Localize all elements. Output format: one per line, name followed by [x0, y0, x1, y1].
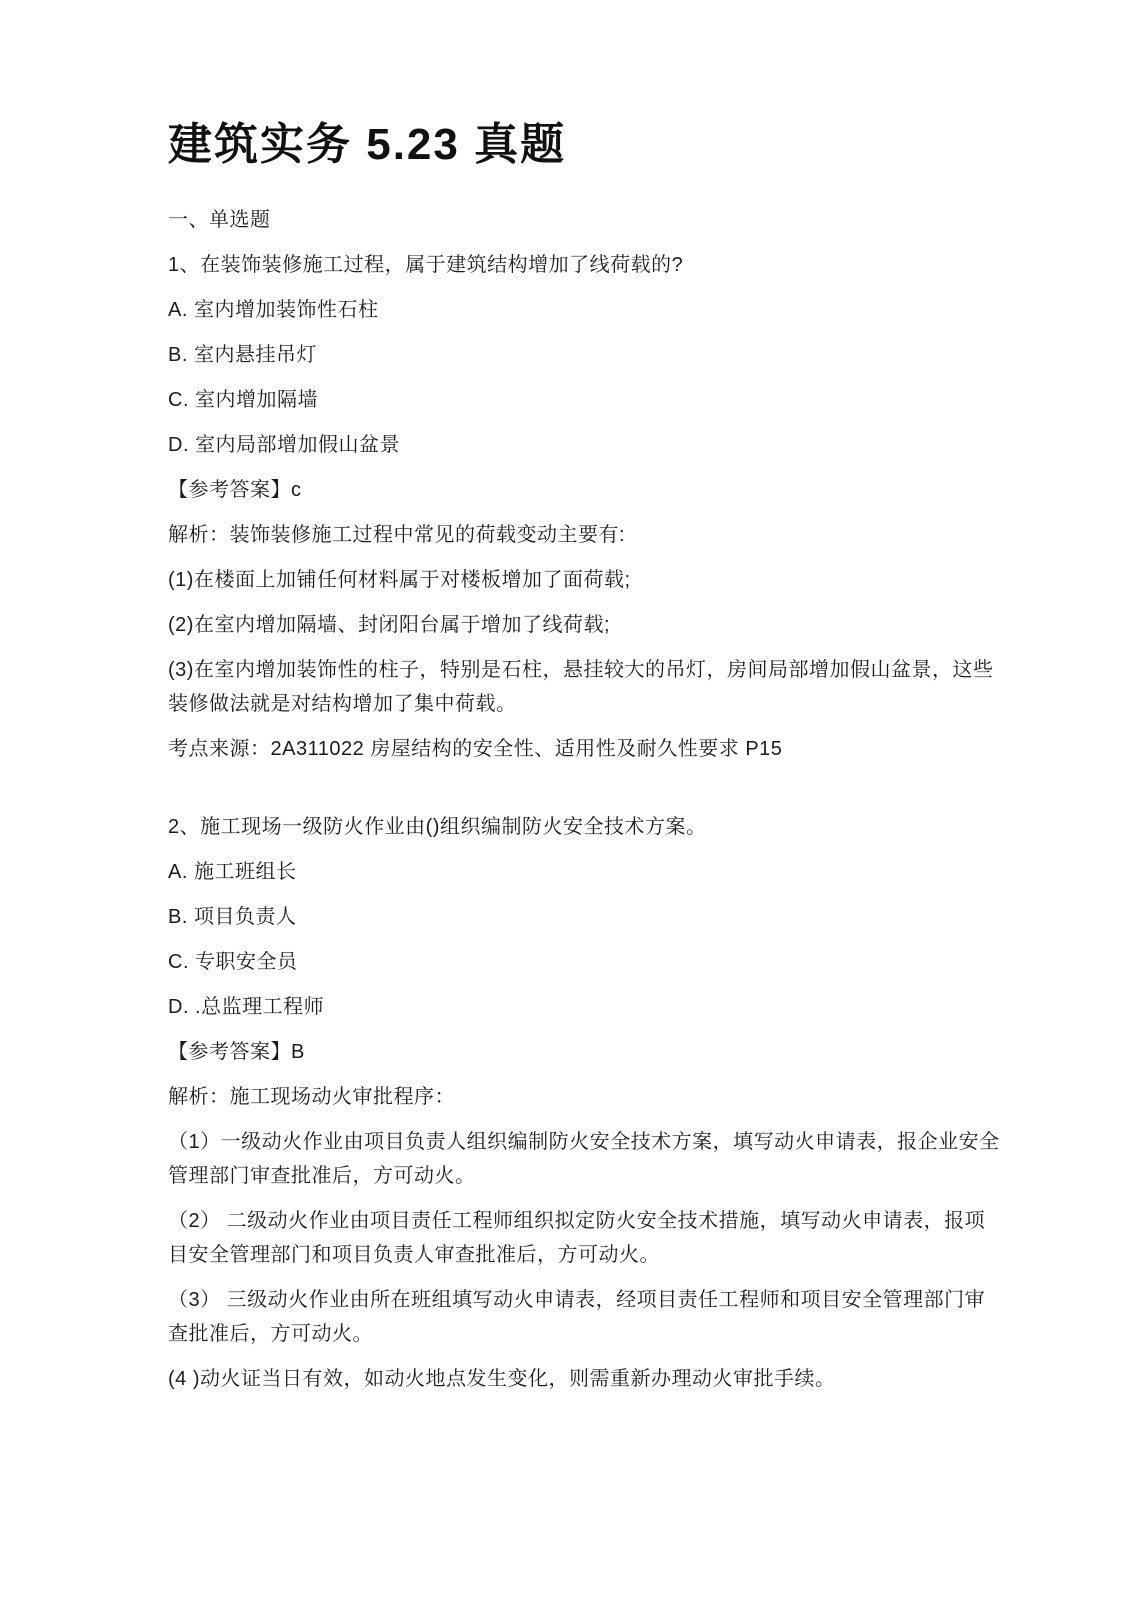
page-title: 建筑实务 5.23 真题	[168, 116, 1001, 173]
question-1: 1、在装饰装修施工过程，属于建筑结构增加了线荷载的? A. 室内增加装饰性石柱 …	[168, 248, 1001, 766]
question-1-explanation-point-1: (1)在楼面上加铺任何材料属于对楼板增加了面荷载;	[168, 563, 1001, 597]
question-2-stem: 2、施工现场一级防火作业由()组织编制防火安全技术方案。	[168, 810, 1001, 844]
question-1-explanation-point-3: (3)在室内增加装饰性的柱子，特别是石柱，悬挂较大的吊灯，房间局部增加假山盆景，…	[168, 653, 1001, 721]
question-2-explanation-point-1: （1）一级动火作业由项目负责人组织编制防火安全技术方案，填写动火申请表，报企业安…	[168, 1125, 1001, 1193]
question-1-option-c: C. 室内增加隔墙	[168, 383, 1001, 417]
question-1-option-a: A. 室内增加装饰性石柱	[168, 293, 1001, 327]
question-1-explanation-intro: 解析：装饰装修施工过程中常见的荷载变动主要有:	[168, 518, 1001, 552]
question-2-option-c: C. 专职安全员	[168, 945, 1001, 979]
question-1-source: 考点来源：2A311022 房屋结构的安全性、适用性及耐久性要求 P15	[168, 732, 1001, 766]
question-2-explanation-point-2: （2） 二级动火作业由项目责任工程师组织拟定防火安全技术措施，填写动火申请表，报…	[168, 1204, 1001, 1272]
question-2: 2、施工现场一级防火作业由()组织编制防火安全技术方案。 A. 施工班组长 B.…	[168, 810, 1001, 1396]
question-1-option-b: B. 室内悬挂吊灯	[168, 338, 1001, 372]
question-1-explanation-point-2: (2)在室内增加隔墙、封闭阳台属于增加了线荷载;	[168, 608, 1001, 642]
question-2-answer: 【参考答案】B	[168, 1035, 1001, 1069]
question-1-option-d: D. 室内局部增加假山盆景	[168, 428, 1001, 462]
question-2-option-b: B. 项目负责人	[168, 900, 1001, 934]
question-2-option-d: D. .总监理工程师	[168, 990, 1001, 1024]
question-1-stem: 1、在装饰装修施工过程，属于建筑结构增加了线荷载的?	[168, 248, 1001, 282]
question-2-option-a: A. 施工班组长	[168, 855, 1001, 889]
question-2-explanation-intro: 解析：施工现场动火审批程序：	[168, 1080, 1001, 1114]
document-page: 建筑实务 5.23 真题 一、单选题 1、在装饰装修施工过程，属于建筑结构增加了…	[0, 0, 1131, 1600]
question-2-explanation-point-4: (4 )动火证当日有效，如动火地点发生变化，则需重新办理动火审批手续。	[168, 1362, 1001, 1396]
section-heading: 一、单选题	[168, 203, 1001, 237]
question-2-explanation-point-3: （3） 三级动火作业由所在班组填写动火申请表，经项目责任工程师和项目安全管理部门…	[168, 1283, 1001, 1351]
question-1-answer: 【参考答案】c	[168, 473, 1001, 507]
